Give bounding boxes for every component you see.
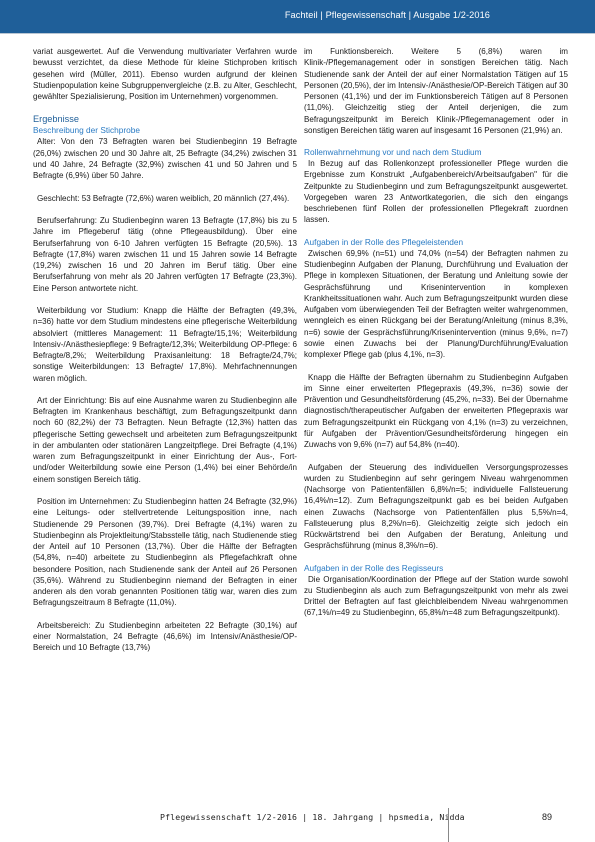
paragraph-regisseur: Die Organisation/Koordination der Pflege… xyxy=(304,574,568,619)
paragraph-alter: Alter: Von den 73 Befragten waren bei St… xyxy=(33,136,297,181)
paragraph-einrichtung: Art der Einrichtung: Bis auf eine Ausnah… xyxy=(33,395,297,485)
running-head: Fachteil | Pflegewissenschaft | Ausgabe … xyxy=(285,10,490,20)
subheading-rollenwahrnehmung: Rollenwahrnehmung vor und nach dem Studi… xyxy=(304,147,568,158)
paragraph-pflegeleistender-1: Zwischen 69,9% (n=51) und 74,0% (n=54) d… xyxy=(304,248,568,361)
intro-paragraph: variat ausgewertet. Auf die Verwendung m… xyxy=(33,46,297,102)
left-column: variat ausgewertet. Auf die Verwendung m… xyxy=(33,46,297,665)
right-column: im Funktionsbereich. Weitere 5 (6,8%) wa… xyxy=(304,46,568,630)
running-header-bar: Fachteil | Pflegewissenschaft | Ausgabe … xyxy=(0,0,595,33)
paragraph-pflegeleistender-2: Knapp die Hälfte der Befragten übernahm … xyxy=(304,372,568,451)
continuation-paragraph: im Funktionsbereich. Weitere 5 (6,8%) wa… xyxy=(304,46,568,136)
paragraph-rollenkonzept: In Bezug auf das Rollenkonzept professio… xyxy=(304,158,568,226)
section-heading-ergebnisse: Ergebnisse xyxy=(33,113,297,125)
subheading-stichprobe: Beschreibung der Stichprobe xyxy=(33,125,297,136)
subheading-pflegeleistender: Aufgaben in der Rolle des Pflegeleistend… xyxy=(304,237,568,248)
page-number: 89 xyxy=(542,812,552,822)
paragraph-weiterbildung: Weiterbildung vor Studium: Knapp die Häl… xyxy=(33,305,297,384)
paragraph-arbeitsbereich: Arbeitsbereich: Zu Studienbeginn arbeite… xyxy=(33,620,297,654)
footer-citation: Pflegewissenschaft 1/2-2016 | 18. Jahrga… xyxy=(160,812,465,822)
paragraph-geschlecht: Geschlecht: 53 Befragte (72,6%) waren we… xyxy=(33,193,297,204)
footer-divider xyxy=(448,808,449,842)
paragraph-berufserfahrung: Berufserfahrung: Zu Studienbeginn waren … xyxy=(33,215,297,294)
paragraph-pflegeleistender-3: Aufgaben der Steuerung des individuellen… xyxy=(304,462,568,552)
paragraph-position: Position im Unternehmen: Zu Studienbegin… xyxy=(33,496,297,609)
header-divider xyxy=(0,33,595,34)
subheading-regisseur: Aufgaben in der Rolle des Regisseurs xyxy=(304,563,568,574)
